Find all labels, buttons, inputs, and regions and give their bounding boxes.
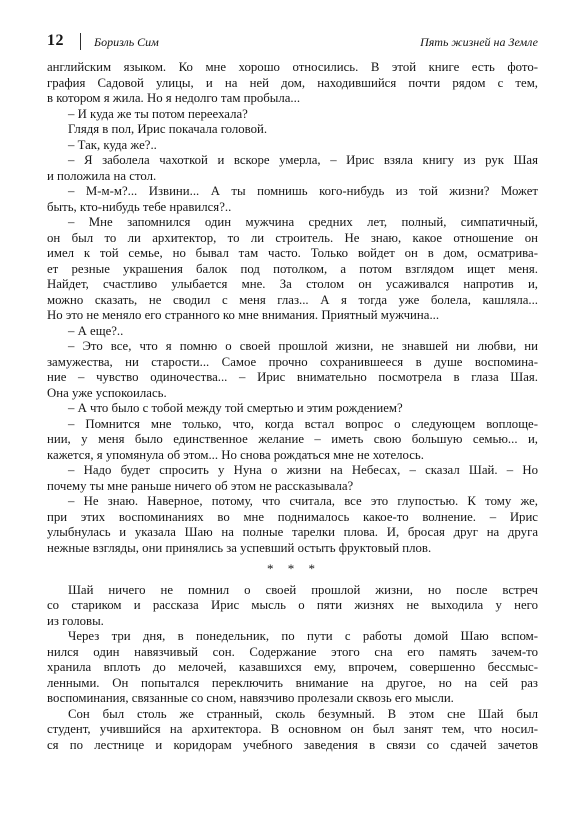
text-line: из головы. <box>47 614 538 630</box>
text-line: – Мне запомнился один мужчина средних ле… <box>47 215 538 231</box>
text-line: – Надо будет спросить у Нуна о жизни на … <box>47 463 538 479</box>
text-line: ленными. Он попытался переключить вниман… <box>47 676 538 692</box>
text-line: со стариком и рассказа Ирис мысль о пяти… <box>47 598 538 614</box>
paragraph: – Так, куда же?.. <box>47 138 538 154</box>
text-line: – Помнится мне только, что, когда встал … <box>47 417 538 433</box>
paragraph: – Мне запомнился один мужчина средних ле… <box>47 215 538 324</box>
text-line: и положила на стол. <box>47 169 538 185</box>
paragraph: – Я заболела чахоткой и вскоре умерла, –… <box>47 153 538 184</box>
text-line: графия Садовой улицы, и на ней дом, нахо… <box>47 76 538 92</box>
text-line: Глядя в пол, Ирис покачала головой. <box>47 122 538 138</box>
paragraph: Сон был столь же странный, сколь безумны… <box>47 707 538 754</box>
paragraph: – Помнится мне только, что, когда встал … <box>47 417 538 464</box>
text-line: Найдет, счастливо улыбается мне. За стол… <box>47 277 538 293</box>
section-break: * * * <box>47 561 538 577</box>
paragraph: английским языком. Ко мне хорошо относил… <box>47 60 538 107</box>
text-line: воспоминания, связанные со сном, навязчи… <box>47 691 538 707</box>
paragraph: – Надо будет спросить у Нуна о жизни на … <box>47 463 538 494</box>
text-line: студент, учившийся на архитектора. В осн… <box>47 722 538 738</box>
text-line: Шай ничего не помнил о своей прошлой жиз… <box>47 583 538 599</box>
paragraph: Глядя в пол, Ирис покачала головой. <box>47 122 538 138</box>
paragraph: Через три дня, в понедельник, по пути с … <box>47 629 538 707</box>
text-line: замужества, ни старости... Самое прочно … <box>47 355 538 371</box>
paragraph: – И куда же ты потом переехала? <box>47 107 538 123</box>
text-line: – А еще?.. <box>47 324 538 340</box>
text-line: улыбнулась и указала Шаю на полные тарел… <box>47 525 538 541</box>
text-line: ние – чувство одиночества... – Ирис вним… <box>47 370 538 386</box>
page-body: английским языком. Ко мне хорошо относил… <box>47 60 538 753</box>
text-line: имел к той семье, но бывал там часто. То… <box>47 246 538 262</box>
text-line: нии, у меня было единственное желание – … <box>47 432 538 448</box>
text-line: он был то ли архитектор, то ли строитель… <box>47 231 538 247</box>
text-line: в котором я жила. Но я недолго там пробы… <box>47 91 538 107</box>
running-book-title: Пять жизней на Земле <box>420 33 538 50</box>
paragraph: – Это все, что я помню о своей прошлой ж… <box>47 339 538 401</box>
text-line: – И куда же ты потом переехала? <box>47 107 538 123</box>
text-line: почему ты мне раньше ничего об этом не р… <box>47 479 538 495</box>
page-header: 12 Боризль Сим Пять жизней на Земле <box>47 32 538 50</box>
text-line: – Не знаю. Наверное, потому, что считала… <box>47 494 538 510</box>
text-line: хранила вплоть до мелочей, казавшихся ем… <box>47 660 538 676</box>
text-line: английским языком. Ко мне хорошо относил… <box>47 60 538 76</box>
paragraph: – М-м-м?... Извини... А ты помнишь кого-… <box>47 184 538 215</box>
paragraph: – А что было с тобой между той смертью и… <box>47 401 538 417</box>
text-line: нился один навязчивый сон. Содержание эт… <box>47 645 538 661</box>
text-line: Но это не меняло его странного ко мне вн… <box>47 308 538 324</box>
text-line: при этих воспоминаниях во мне поднималос… <box>47 510 538 526</box>
book-page: 12 Боризль Сим Пять жизней на Земле англ… <box>0 0 583 827</box>
text-line: можно сказать, не сводил с меня глаз... … <box>47 293 538 309</box>
paragraph: – А еще?.. <box>47 324 538 340</box>
text-line: Через три дня, в понедельник, по пути с … <box>47 629 538 645</box>
text-line: Она уже успокоилась. <box>47 386 538 402</box>
page-number: 12 <box>47 32 64 50</box>
paragraph: Шай ничего не помнил о своей прошлой жиз… <box>47 583 538 630</box>
text-line: ся по лестнице и коридорам учебного заве… <box>47 738 538 754</box>
text-line: нежные взгляды, они принялись за успевши… <box>47 541 538 557</box>
text-line: ет резные украшения балок под потолком, … <box>47 262 538 278</box>
text-line: – Это все, что я помню о своей прошлой ж… <box>47 339 538 355</box>
text-line: – М-м-м?... Извини... А ты помнишь кого-… <box>47 184 538 200</box>
text-line: Сон был столь же странный, сколь безумны… <box>47 707 538 723</box>
text-line: – А что было с тобой между той смертью и… <box>47 401 538 417</box>
text-line: кажется, я упомянула об этом... Но снова… <box>47 448 538 464</box>
running-author: Боризль Сим <box>94 33 159 50</box>
text-line: – Так, куда же?.. <box>47 138 538 154</box>
header-divider-bar <box>80 33 81 50</box>
text-line: быть, кто-нибудь тебе нравился?.. <box>47 200 538 216</box>
paragraph: – Не знаю. Наверное, потому, что считала… <box>47 494 538 556</box>
text-line: – Я заболела чахоткой и вскоре умерла, –… <box>47 153 538 169</box>
